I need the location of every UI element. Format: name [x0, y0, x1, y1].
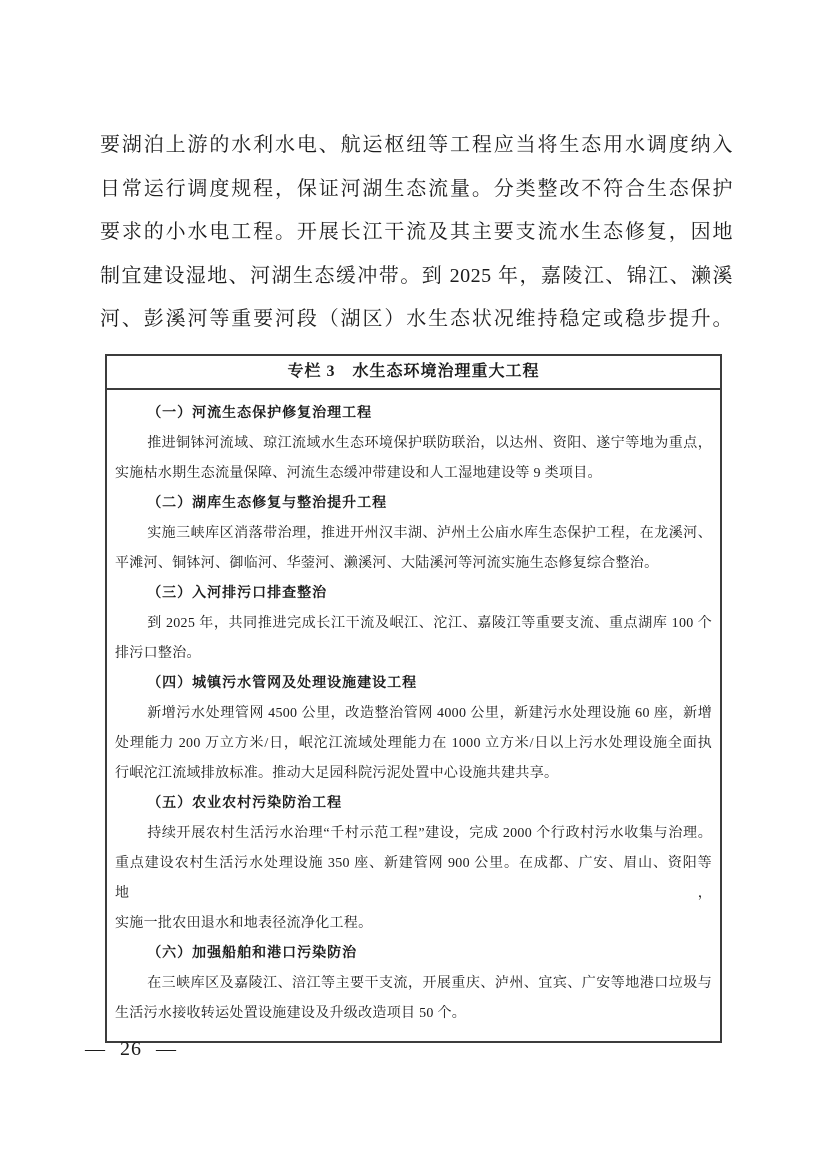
section-line: 实施枯水期生态流量保障、河流生态缓冲带建设和人工湿地建设等 9 类项目。 [115, 459, 712, 489]
section-line: 处理能力 200 万立方米/日，岷沱江流域处理能力在 1000 立方米/日以上污… [115, 729, 712, 759]
section-line: 生活污水接收转运处置设施建设及升级改造项目 50 个。 [115, 999, 712, 1029]
section-line: 持续开展农村生活污水治理“千村示范工程”建设，完成 2000 个行政村污水收集与… [115, 819, 712, 849]
panel-section: （四）城镇污水管网及处理设施建设工程 新增污水处理管网 4500 公里，改造整治… [115, 669, 712, 789]
footer-dash: — [156, 1038, 177, 1060]
intro-line: 日常运行调度规程，保证河湖生态流量。分类整改不符合生态保护 [100, 168, 733, 212]
intro-line: 要湖泊上游的水利水电、航运枢纽等工程应当将生态用水调度纳入 [100, 124, 733, 168]
document-page: { "intro": { "lines": [ "要湖泊上游的水利水电、航运枢纽… [0, 0, 826, 1169]
section-line: 到 2025 年，共同推进完成长江干流及岷江、沱江、嘉陵江等重要支流、重点湖库 … [115, 609, 712, 639]
section-line: 在三峡库区及嘉陵江、涪江等主要干支流，开展重庆、泸州、宜宾、广安等地港口垃圾与 [115, 969, 712, 999]
section-line: 实施一批农田退水和地表径流净化工程。 [115, 909, 712, 939]
intro-paragraph: 要湖泊上游的水利水电、航运枢纽等工程应当将生态用水调度纳入 日常运行调度规程，保… [100, 124, 733, 342]
section-line: 新增污水处理管网 4500 公里，改造整治管网 4000 公里，新建污水处理设施… [115, 699, 712, 729]
panel-section: （五）农业农村污染防治工程 持续开展农村生活污水治理“千村示范工程”建设，完成 … [115, 789, 712, 939]
panel-section: （六）加强船舶和港口污染防治 在三峡库区及嘉陵江、涪江等主要干支流，开展重庆、泸… [115, 939, 712, 1029]
section-heading: （四）城镇污水管网及处理设施建设工程 [115, 669, 712, 699]
intro-line: 制宜建设湿地、河湖生态缓冲带。到 2025 年，嘉陵江、锦江、濑溪 [100, 255, 733, 299]
panel-section: （一）河流生态保护修复治理工程 推进铜钵河流域、琼江流域水生态环境保护联防联治，… [115, 399, 712, 489]
intro-line: 要求的小水电工程。开展长江干流及其主要支流水生态修复，因地 [100, 211, 733, 255]
intro-line: 河、彭溪河等重要河段（湖区）水生态状况维持稳定或稳步提升。 [100, 298, 733, 342]
section-heading: （五）农业农村污染防治工程 [115, 789, 712, 819]
section-line: 行岷沱江流域排放标准。推动大足园科院污泥处置中心设施共建共享。 [115, 759, 712, 789]
footer-dash: — [85, 1038, 106, 1060]
section-heading: （一）河流生态保护修复治理工程 [115, 399, 712, 429]
section-line: 平滩河、铜钵河、御临河、华蓥河、濑溪河、大陆溪河等河流实施生态修复综合整治。 [115, 549, 712, 579]
page-number: 26 [120, 1038, 142, 1060]
section-line: 重点建设农村生活污水处理设施 350 座、新建管网 900 公里。在成都、广安、… [115, 849, 712, 909]
panel-body: （一）河流生态保护修复治理工程 推进铜钵河流域、琼江流域水生态环境保护联防联治，… [107, 390, 720, 1041]
section-heading: （三）入河排污口排查整治 [115, 579, 712, 609]
section-heading: （六）加强船舶和港口污染防治 [115, 939, 712, 969]
panel-section: （三）入河排污口排查整治 到 2025 年，共同推进完成长江干流及岷江、沱江、嘉… [115, 579, 712, 669]
panel-title: 专栏 3 水生态环境治理重大工程 [107, 356, 720, 390]
section-heading: （二）湖库生态修复与整治提升工程 [115, 489, 712, 519]
special-column-panel: 专栏 3 水生态环境治理重大工程 （一）河流生态保护修复治理工程 推进铜钵河流域… [105, 354, 722, 1043]
section-line: 实施三峡库区消落带治理，推进开州汉丰湖、泸州土公庙水库生态保护工程，在龙溪河、 [115, 519, 712, 549]
page-number-footer: —26— [85, 1038, 177, 1061]
section-line: 推进铜钵河流域、琼江流域水生态环境保护联防联治，以达州、资阳、遂宁等地为重点， [115, 429, 712, 459]
section-line: 排污口整治。 [115, 639, 712, 669]
panel-section: （二）湖库生态修复与整治提升工程 实施三峡库区消落带治理，推进开州汉丰湖、泸州土… [115, 489, 712, 579]
